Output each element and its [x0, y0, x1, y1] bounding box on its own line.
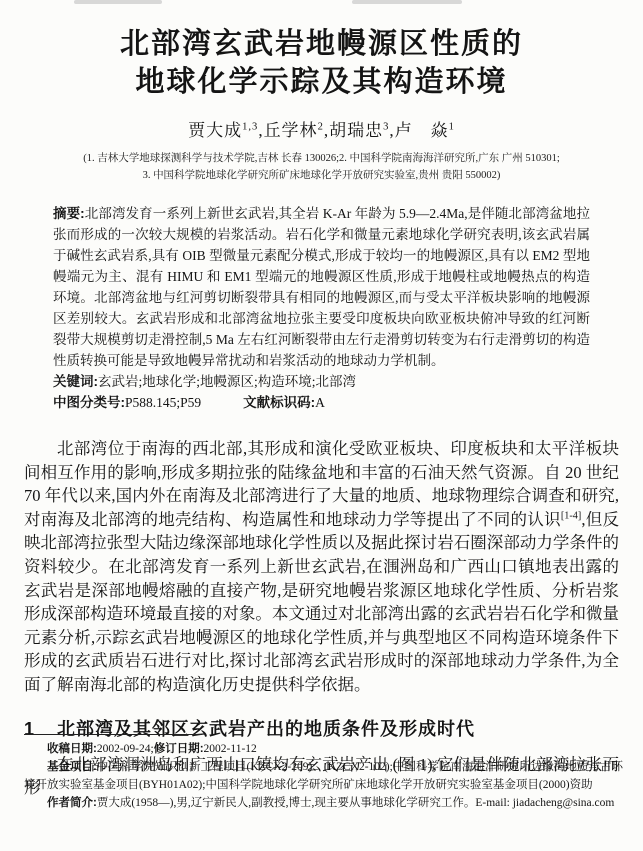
abstract-block: 摘要:北部湾发育一系列上新世玄武岩,其全岩 K-Ar 年龄为 5.9—2.4Ma…: [53, 203, 590, 413]
abstract-text: 摘要:北部湾发育一系列上新世玄武岩,其全岩 K-Ar 年龄为 5.9—2.4Ma…: [53, 203, 590, 371]
clc-value: P588.145;P59: [125, 395, 201, 410]
clc-label: 中图分类号:: [53, 395, 125, 410]
received-dates-line: 收稿日期:2002-09-24;修订日期:2002-11-12: [24, 740, 623, 758]
authors-line: 贾大成1,3,丘学林2,胡瑞忠3,卢 焱1: [0, 116, 643, 141]
affiliation-line2: 3. 中国科学院地球化学研究所矿床地球化学开放研究实验室,贵州 贵阳 55000…: [0, 167, 643, 184]
scan-artifact: [352, 0, 462, 4]
keywords-line: 关键词:玄武岩;地球化学;地幔源区;构造环境;北部湾: [53, 371, 590, 392]
body-text: 北部湾位于南海的西北部,其形成和演化受欧亚板块、印度板块和太平洋板块间相互作用的…: [24, 437, 619, 697]
footnote-block: 收稿日期:2002-09-24;修订日期:2002-11-12 基金项目:中国科…: [24, 734, 623, 812]
fund-project-line: 基金项目:中国科学院知识创新工程项目(KZCX2-209)、(KZCX2-102…: [24, 758, 623, 794]
author-bio-line: 作者简介:贾大成(1958—),男,辽宁新民人,副教授,博士,现主要从事地球化学…: [24, 794, 623, 812]
scan-artifact: [74, 0, 162, 4]
paper-page: 北部湾玄武岩地幔源区性质的 地球化学示踪及其构造环境 贾大成1,3,丘学林2,胡…: [0, 0, 643, 851]
paper-title-line2: 地球化学示踪及其构造环境: [40, 63, 603, 101]
doc-code-value: A: [315, 395, 325, 410]
footnote-divider: [24, 734, 202, 735]
affiliations: (1. 吉林大学地球探测科学与技术学院,吉林 长春 130026;2. 中国科学…: [0, 150, 643, 184]
paper-title: 北部湾玄武岩地幔源区性质的 地球化学示踪及其构造环境: [40, 25, 603, 101]
paper-title-line1: 北部湾玄武岩地幔源区性质的: [40, 25, 603, 63]
affiliation-line1: (1. 吉林大学地球探测科学与技术学院,吉林 长春 130026;2. 中国科学…: [0, 150, 643, 167]
intro-paragraph: 北部湾位于南海的西北部,其形成和演化受欧亚板块、印度板块和太平洋板块间相互作用的…: [24, 437, 619, 697]
doc-code-label: 文献标识码:: [243, 395, 315, 410]
clc-line: 中图分类号:P588.145;P59文献标识码:A: [53, 392, 590, 413]
